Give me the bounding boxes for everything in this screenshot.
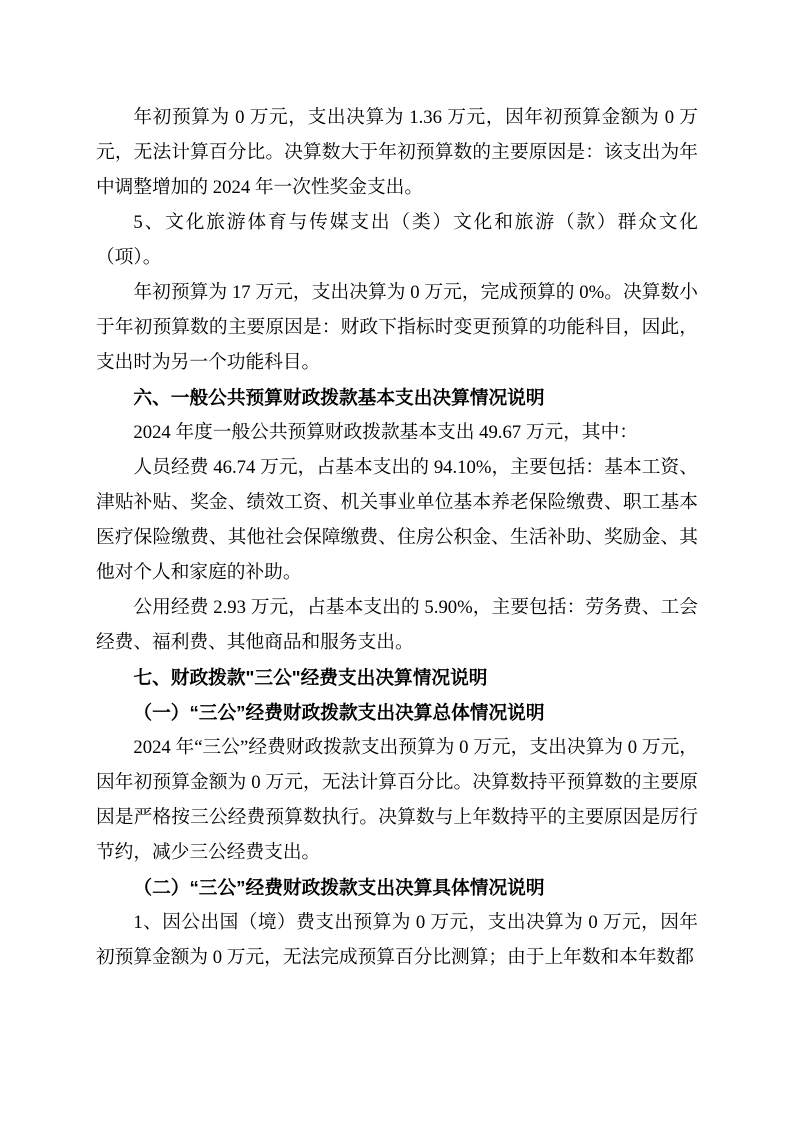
section-heading: 七、财政拨款"三公"经费支出决算情况说明 [96,660,698,695]
paragraph: 2024 年度一般公共预算财政拨款基本支出 49.67 万元，其中： [96,415,698,450]
paragraph: 公用经费 2.93 万元，占基本支出的 5.90%，主要包括：劳务费、工会经费、… [96,590,698,660]
document-page: 年初预算为 0 万元，支出决算为 1.36 万元，因年初预算金额为 0 万元，无… [0,0,793,1122]
document-body: 年初预算为 0 万元，支出决算为 1.36 万元，因年初预算金额为 0 万元，无… [96,100,698,975]
paragraph: 5、文化旅游体育与传媒支出（类）文化和旅游（款）群众文化（项）。 [96,205,698,275]
paragraph: 2024 年“三公”经费财政拨款支出预算为 0 万元，支出决算为 0 万元，因年… [96,730,698,870]
paragraph: 1、因公出国（境）费支出预算为 0 万元，支出决算为 0 万元，因年初预算金额为… [96,905,698,975]
paragraph: 人员经费 46.74 万元，占基本支出的 94.10%，主要包括：基本工资、津贴… [96,450,698,590]
section-heading: （二）“三公”经费财政拨款支出决算具体情况说明 [96,870,698,905]
section-heading: （一）“三公”经费财政拨款支出决算总体情况说明 [96,695,698,730]
section-heading: 六、一般公共预算财政拨款基本支出决算情况说明 [96,380,698,415]
paragraph: 年初预算为 17 万元，支出决算为 0 万元，完成预算的 0%。决算数小于年初预… [96,275,698,380]
paragraph: 年初预算为 0 万元，支出决算为 1.36 万元，因年初预算金额为 0 万元，无… [96,100,698,205]
